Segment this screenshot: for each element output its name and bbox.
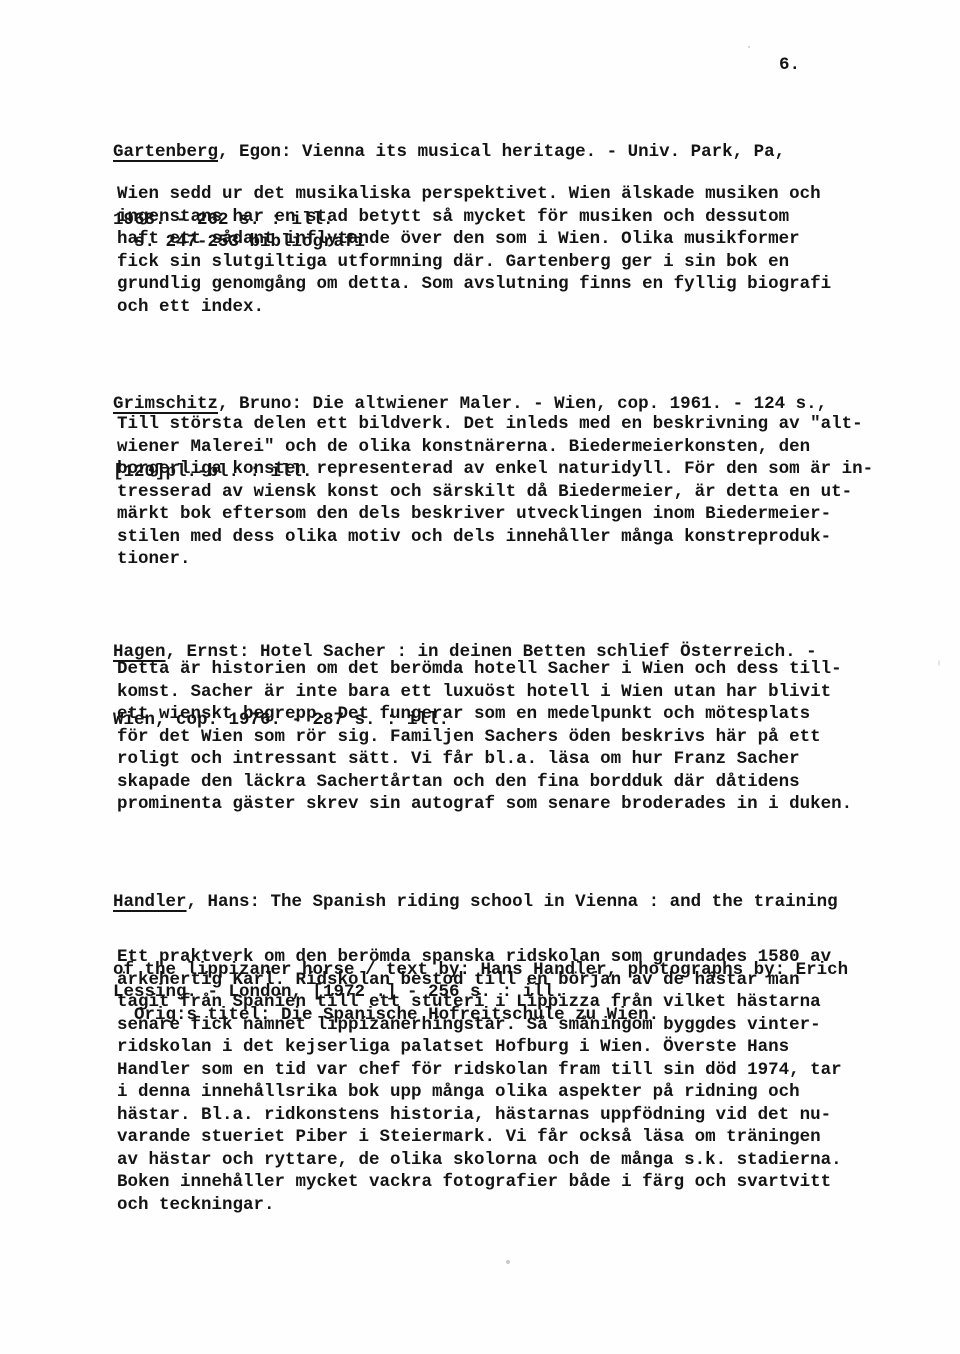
author-name: Grimschitz (113, 394, 218, 414)
text-line: i denna innehållsrika bok upp många olik… (117, 1081, 929, 1104)
text-line: för det Wien som rör sig. Familjen Sache… (117, 726, 929, 749)
text-line: borgerliga konsten representerad av enke… (117, 458, 929, 481)
text-line: ärkehertig Karl. Ridskolan bestod till e… (117, 969, 929, 992)
text-line: senare fick namnet lippizanerhingstar. S… (117, 1014, 929, 1037)
text-line: komst. Sacher är inte bara ett luxuöst h… (117, 681, 929, 704)
document-page: 6. Gartenberg, Egon: Vienna its musical … (0, 0, 960, 1354)
text-line: ridskolan i det kejserliga palatset Hofb… (117, 1036, 929, 1059)
text-line: tioner. (117, 548, 929, 571)
text-line: ett wienskt begrepp. Det fungerar som en… (117, 703, 929, 726)
text-line: ingenstans har en stad betytt så mycket … (117, 206, 929, 229)
citation-first-line: Gartenberg, Egon: Vienna its musical her… (113, 141, 925, 164)
author-name: Gartenberg (113, 142, 218, 162)
text-line: Boken innehåller mycket vackra fotografi… (117, 1171, 929, 1194)
text-line: tagit från Spanien till ett stuteri i Li… (117, 991, 929, 1014)
scan-speck (506, 1260, 510, 1264)
annotation-grimschitz: Till största delen ett bildverk. Det inl… (117, 413, 929, 571)
citation-text: , Egon: Vienna its musical heritage. - U… (218, 142, 785, 162)
scan-speck (938, 660, 940, 666)
text-line: och teckningar. (117, 1194, 929, 1217)
annotation-hagen: Detta är historien om det berömda hotell… (117, 658, 929, 816)
text-line: tresserad av wiensk konst och särskilt d… (117, 481, 929, 504)
scan-speck (748, 46, 750, 48)
text-line: och ett index. (117, 296, 929, 319)
citation-text: , Hans: The Spanish riding school in Vie… (187, 892, 838, 912)
text-line: grundlig genomgång om detta. Som avslutn… (117, 273, 929, 296)
text-line: märkt bok eftersom den dels beskriver ut… (117, 503, 929, 526)
text-line: fick sin slutgiltiga utformning där. Gar… (117, 251, 929, 274)
text-line: prominenta gäster skrev sin autograf som… (117, 793, 929, 816)
text-line: Till största delen ett bildverk. Det inl… (117, 413, 929, 436)
page-number: 6. (779, 54, 800, 77)
annotation-handler: Ett praktverk om den berömda spanska rid… (117, 946, 929, 1216)
text-line: wiener Malerei" och de olika konstnärern… (117, 436, 929, 459)
author-name: Handler (113, 892, 187, 912)
text-line: av hästar och ryttare, de olika skolorna… (117, 1149, 929, 1172)
text-line: Wien sedd ur det musikaliska perspektive… (117, 183, 929, 206)
text-line: roligt och intressant sätt. Vi får bl.a.… (117, 748, 929, 771)
citation-text: , Bruno: Die altwiener Maler. - Wien, co… (218, 394, 827, 414)
text-line: stilen med dess olika motiv och dels inn… (117, 526, 929, 549)
annotation-gartenberg: Wien sedd ur det musikaliska perspektive… (117, 183, 929, 318)
text-line: hästar. Bl.a. ridkonstens historia, häst… (117, 1104, 929, 1127)
citation-first-line: Handler, Hans: The Spanish riding school… (113, 891, 925, 914)
text-line: skapade den läckra Sachertårtan och den … (117, 771, 929, 794)
text-line: Detta är historien om det berömda hotell… (117, 658, 929, 681)
text-line: haft ett sådant inflytande över den som … (117, 228, 929, 251)
text-line: Ett praktverk om den berömda spanska rid… (117, 946, 929, 969)
text-line: Handler som en tid var chef för ridskola… (117, 1059, 929, 1082)
text-line: varande stueriet Piber i Steiermark. Vi … (117, 1126, 929, 1149)
